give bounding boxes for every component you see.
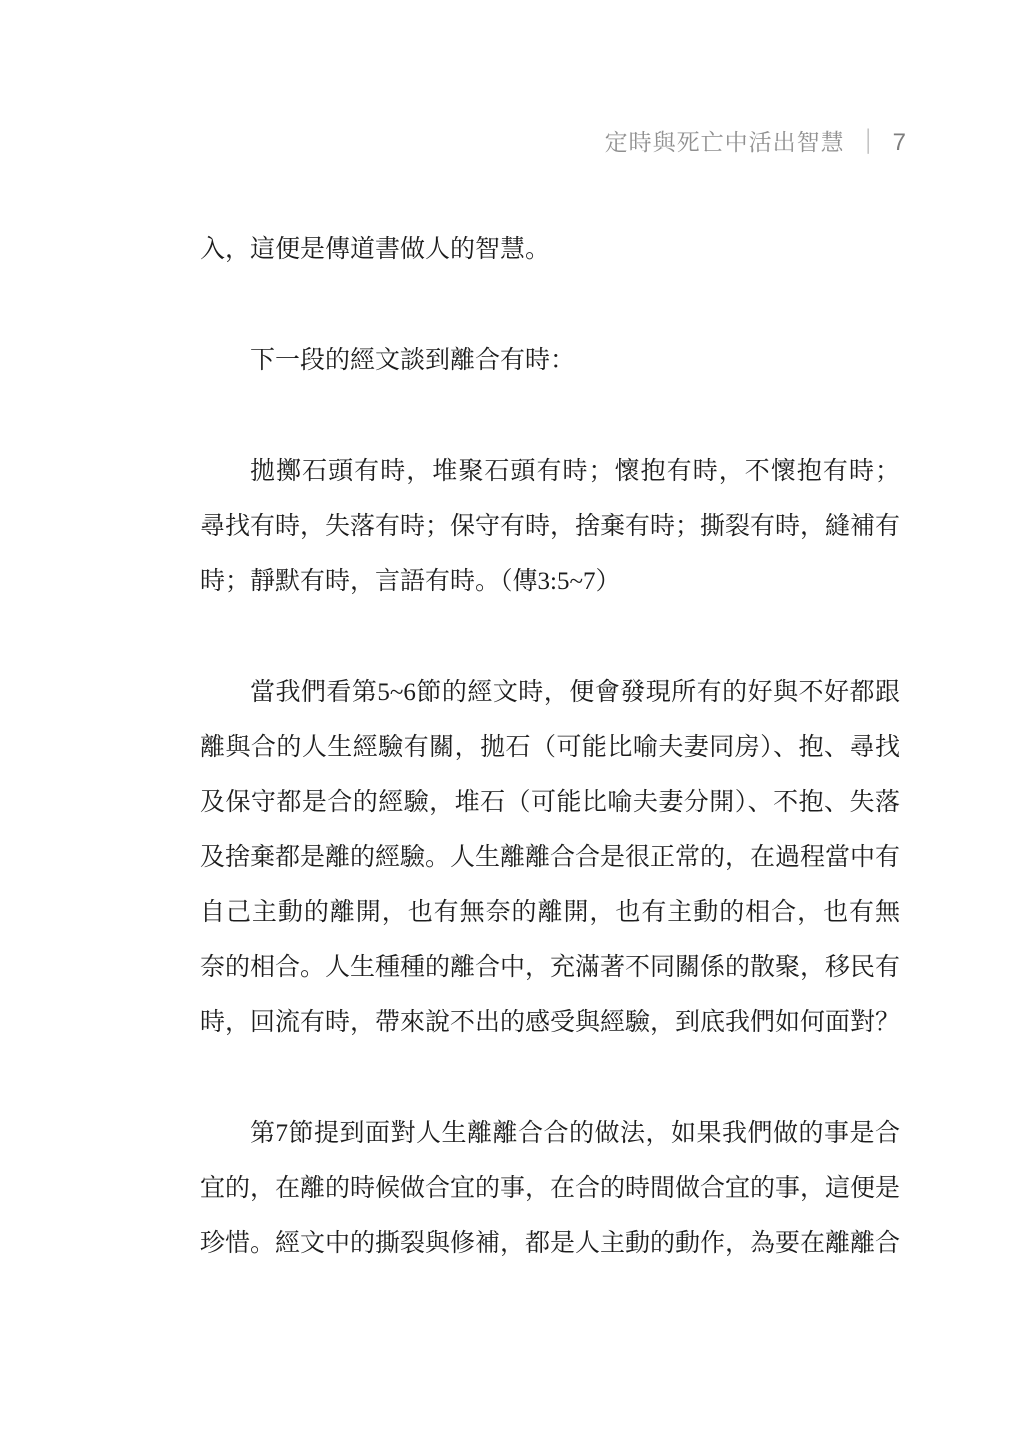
- text-line: 及保守都是合的經驗，堆石（可能比喻夫妻分開）、不抱、失落: [200, 775, 900, 830]
- paragraph: 第7節提到面對人生離離合合的做法，如果我們做的事是合宜的，在離的時候做合宜的事，…: [200, 1106, 900, 1271]
- text-line: 第7節提到面對人生離離合合的做法，如果我們做的事是合: [200, 1106, 900, 1161]
- running-header-title: 定時與死亡中活出智慧: [605, 124, 845, 157]
- page-body: 入，這便是傳道書做人的智慧。下一段的經文談到離合有時：拋擲石頭有時，堆聚石頭有時…: [200, 222, 900, 1271]
- header-separator-bar: ｜: [857, 122, 881, 158]
- text-line: 時，回流有時，帶來說不出的感受與經驗，到底我們如何面對？: [200, 995, 900, 1050]
- text-line: 下一段的經文談到離合有時：: [200, 333, 900, 388]
- text-line: 及捨棄都是離的經驗。人生離離合合是很正常的，在過程當中有: [200, 830, 900, 885]
- page-number: 7: [893, 129, 906, 157]
- text-line: 入，這便是傳道書做人的智慧。: [200, 222, 900, 277]
- paragraph: 下一段的經文談到離合有時：: [200, 333, 900, 388]
- text-line: 宜的，在離的時候做合宜的事，在合的時間做合宜的事，這便是: [200, 1161, 900, 1216]
- text-line: 尋找有時，失落有時；保守有時，捨棄有時；撕裂有時，縫補有: [200, 499, 900, 554]
- paragraph: 入，這便是傳道書做人的智慧。: [200, 222, 900, 277]
- text-line: 時；靜默有時，言語有時。（傳3:5~7）: [200, 554, 900, 609]
- running-header: 定時與死亡中活出智慧 ｜ 7: [200, 124, 906, 157]
- text-line: 奈的相合。人生種種的離合中，充滿著不同關係的散聚，移民有: [200, 940, 900, 995]
- text-line: 拋擲石頭有時，堆聚石頭有時；懷抱有時，不懷抱有時；: [200, 444, 900, 499]
- book-page: 定時與死亡中活出智慧 ｜ 7 入，這便是傳道書做人的智慧。下一段的經文談到離合有…: [0, 0, 1024, 1451]
- text-line: 當我們看第5~6節的經文時，便會發現所有的好與不好都跟: [200, 665, 900, 720]
- text-line: 離與合的人生經驗有關，拋石（可能比喻夫妻同房）、抱、尋找: [200, 720, 900, 775]
- text-line: 自己主動的離開，也有無奈的離開，也有主動的相合，也有無: [200, 885, 900, 940]
- paragraph: 當我們看第5~6節的經文時，便會發現所有的好與不好都跟離與合的人生經驗有關，拋石…: [200, 665, 900, 1050]
- text-line: 珍惜。經文中的撕裂與修補，都是人主動的動作，為要在離離合: [200, 1216, 900, 1271]
- scripture-quote: 拋擲石頭有時，堆聚石頭有時；懷抱有時，不懷抱有時；尋找有時，失落有時；保守有時，…: [200, 444, 900, 609]
